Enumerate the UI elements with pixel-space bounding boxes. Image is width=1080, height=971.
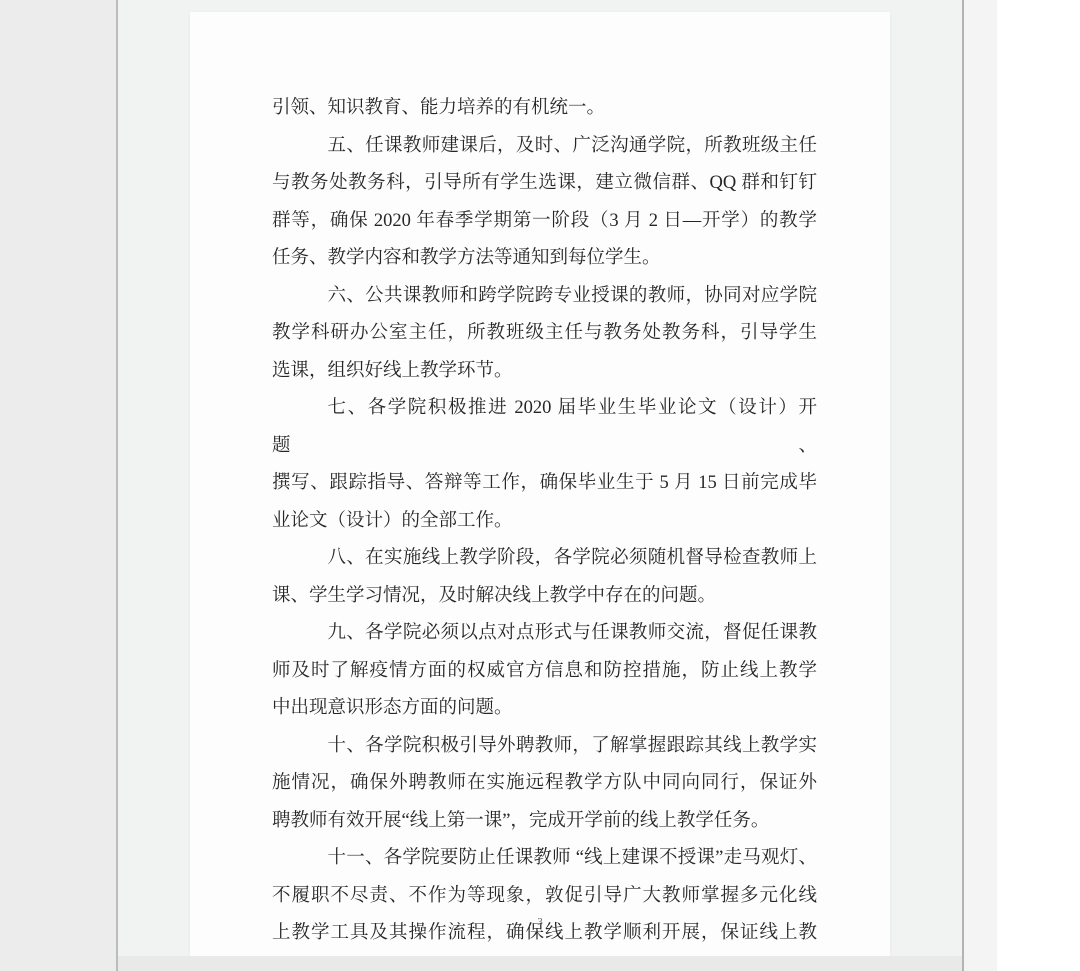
text-line: 群等，确保 2020 年春季学期第一阶段（3 月 2 日—开学）的教学 [272, 203, 817, 241]
left-gutter [0, 0, 116, 971]
text-line: 引领、知识教育、能力培养的有机统一。 [272, 90, 817, 128]
right-gutter [964, 0, 997, 971]
page-number: 3 [190, 916, 890, 928]
text-line: 九、各学院必须以点对点形式与任课教师交流，督促任课教 [272, 615, 817, 653]
text-line: 五、任课教师建课后，及时、广泛沟通学院，所教班级主任 [272, 128, 817, 166]
text-line: 六、公共课教师和跨学院跨专业授课的教师，协同对应学院 [272, 278, 817, 316]
text-line: 八、在实施线上教学阶段，各学院必须随机督导检查教师上 [272, 540, 817, 578]
text-line: 业论文（设计）的全部工作。 [272, 503, 817, 541]
text-line: 十一、各学院要防止任课教师 “线上建课不授课”走马观灯、 [272, 840, 817, 878]
text-line: 十、各学院积极引导外聘教师，了解掌握跟踪其线上教学实 [272, 728, 817, 766]
text-line: 师及时了解疫情方面的权威官方信息和防控措施，防止线上教学 [272, 653, 817, 691]
text-line: 撰写、跟踪指导、答辩等工作，确保毕业生于 5 月 15 日前完成毕 [272, 465, 817, 503]
text-line: 施情况，确保外聘教师在实施远程教学方队中同向同行，保证外 [272, 765, 817, 803]
text-line: 中出现意识形态方面的问题。 [272, 690, 817, 728]
text-line: 与教务处教务科，引导所有学生选课，建立微信群、QQ 群和钉钉 [272, 165, 817, 203]
right-panel [997, 0, 1080, 971]
document-scroll-area[interactable]: 引领、知识教育、能力培养的有机统一。 五、任课教师建课后，及时、广泛沟通学院，所… [118, 0, 962, 971]
text-line: 聘教师有效开展“线上第一课”，完成开学前的线上教学任务。 [272, 803, 817, 841]
page-gap-strip [118, 956, 962, 971]
document-body-text: 引领、知识教育、能力培养的有机统一。 五、任课教师建课后，及时、广泛沟通学院，所… [272, 90, 817, 953]
text-line: 七、各学院积极推进 2020 届毕业生毕业论文（设计）开题、 [272, 390, 817, 465]
text-line: 教学科研办公室主任，所教班级主任与教务处教务科，引导学生 [272, 315, 817, 353]
text-line: 选课，组织好线上教学环节。 [272, 353, 817, 391]
text-line: 任务、教学内容和教学方法等通知到每位学生。 [272, 240, 817, 278]
text-line: 不履职不尽责、不作为等现象，敦促引导广大教师掌握多元化线 [272, 878, 817, 916]
document-page: 引领、知识教育、能力培养的有机统一。 五、任课教师建课后，及时、广泛沟通学院，所… [190, 12, 890, 956]
text-line: 课、学生学习情况，及时解决线上教学中存在的问题。 [272, 578, 817, 616]
